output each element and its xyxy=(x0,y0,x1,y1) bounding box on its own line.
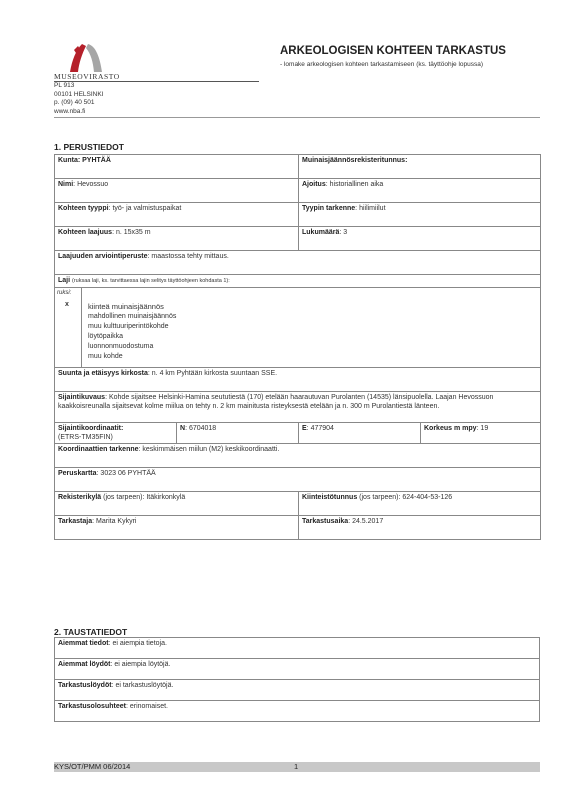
org-name: MUSEOVIRASTO xyxy=(54,72,120,81)
laji-option[interactable]: kiinteä muinaisjäännös xyxy=(88,302,176,312)
field-tyypin-tarkenne[interactable]: Tyypin tarkenne: hiilimiilut xyxy=(299,203,541,227)
field-arviointiperuste[interactable]: Laajuuden arviointiperuste: maastossa te… xyxy=(55,251,541,275)
org-address: PL 913 00101 HELSINKI p. (09) 40 501 www… xyxy=(54,82,104,116)
address-line: PL 913 xyxy=(54,82,104,91)
field-lukumaara[interactable]: Lukumäärä: 3 xyxy=(299,227,541,251)
laji-option[interactable]: löytöpaikka xyxy=(88,332,176,342)
address-phone: p. (09) 40 501 xyxy=(54,99,104,108)
field-kiinteistotunnus[interactable]: Kiinteistötunnus (jos tarpeen): 624-404-… xyxy=(299,492,541,516)
form-code: KYS/OT/PMM 06/2014 xyxy=(54,762,130,771)
field-rekisteritunnus[interactable]: Muinaisjäännösrekisteritunnus: xyxy=(299,155,541,179)
header-bottom-divider xyxy=(54,117,540,118)
field-tarkastaja[interactable]: Tarkastaja: Marita Kykyri xyxy=(55,516,299,540)
selected-mark[interactable]: x xyxy=(57,300,81,309)
field-korkeus[interactable]: Korkeus m mpy: 19 xyxy=(421,423,541,444)
field-tarkastusloydot[interactable]: Tarkastuslöydöt: ei tarkastuslöytöjä. xyxy=(55,680,540,701)
perustiedot-table: Kunta: PYHTÄÄ Muinaisjäännösrekisteritun… xyxy=(54,154,541,540)
laji-header: Laji (ruksaa laji, ks. tarvittaessa laji… xyxy=(55,275,541,288)
field-tarkastusaika[interactable]: Tarkastusaika: 24.5.2017 xyxy=(299,516,541,540)
ruksi-label: ruksi: xyxy=(57,289,81,298)
field-peruskartta[interactable]: Peruskartta: 3023 06 PYHTÄÄ xyxy=(55,468,541,492)
field-kohteen-laajuus[interactable]: Kohteen laajuus: n. 15x35 m xyxy=(55,227,299,251)
laji-options: ruksi: x kiinteä muinaisjäännös mahdolli… xyxy=(55,288,541,368)
field-ajoitus[interactable]: Ajoitus: historiallinen aika xyxy=(299,179,541,203)
field-kunta[interactable]: Kunta: PYHTÄÄ xyxy=(55,155,299,179)
laji-option[interactable]: luonnonmuodostuma xyxy=(88,342,176,352)
field-tarkastusolosuhteet[interactable]: Tarkastusolosuhteet: erinomaiset. xyxy=(55,701,540,722)
section-heading-taustatiedot: 2. TAUSTATIEDOT xyxy=(54,627,127,637)
section-heading-perustiedot: 1. PERUSTIEDOT xyxy=(54,142,124,152)
field-koordinaatit-label: Sijaintikoordinaatit:(ETRS-TM35FIN) xyxy=(55,423,177,444)
field-nimi[interactable]: Nimi: Hevossuo xyxy=(55,179,299,203)
field-kohteen-tyyppi[interactable]: Kohteen tyyppi: työ- ja valmistuspaikat xyxy=(55,203,299,227)
laji-list: kiinteä muinaisjäännös mahdollinen muina… xyxy=(82,288,176,367)
laji-option[interactable]: muu kulttuuriperintökohde xyxy=(88,322,176,332)
page-number: 1 xyxy=(294,762,298,772)
field-aiemmat-loydot[interactable]: Aiemmat löydöt: ei aiempia löytöjä. xyxy=(55,659,540,680)
field-koordinaattien-tarkenne[interactable]: Koordinaattien tarkenne: keskimmäisen mi… xyxy=(55,444,541,468)
page-footer: KYS/OT/PMM 06/2014 1 xyxy=(54,762,540,772)
field-suunta-etaisyys[interactable]: Suunta ja etäisyys kirkosta: n. 4 km Pyh… xyxy=(55,368,541,392)
address-website: www.nba.fi xyxy=(54,108,104,117)
field-sijaintikuvaus[interactable]: Sijaintikuvaus: Kohde sijaitsee Helsinki… xyxy=(55,392,541,423)
taustatiedot-table: Aiemmat tiedot: ei aiempia tietoja. Aiem… xyxy=(54,637,540,722)
field-koordinaatti-e[interactable]: E: 477904 xyxy=(299,423,421,444)
field-aiemmat-tiedot[interactable]: Aiemmat tiedot: ei aiempia tietoja. xyxy=(55,638,540,659)
field-koordinaatti-n[interactable]: N: 6704018 xyxy=(177,423,299,444)
laji-option[interactable]: muu kohde xyxy=(88,352,176,362)
ruksi-column: ruksi: x xyxy=(55,288,82,367)
field-rekisterikyla[interactable]: Rekisterikylä (jos tarpeen): Itäkirkonky… xyxy=(55,492,299,516)
laji-option[interactable]: mahdollinen muinaisjäännös xyxy=(88,312,176,322)
address-line: 00101 HELSINKI xyxy=(54,91,104,100)
document-title: ARKEOLOGISEN KOHTEEN TARKASTUS xyxy=(280,45,506,57)
document-subtitle: - lomake arkeologisen kohteen tarkastami… xyxy=(280,61,483,68)
